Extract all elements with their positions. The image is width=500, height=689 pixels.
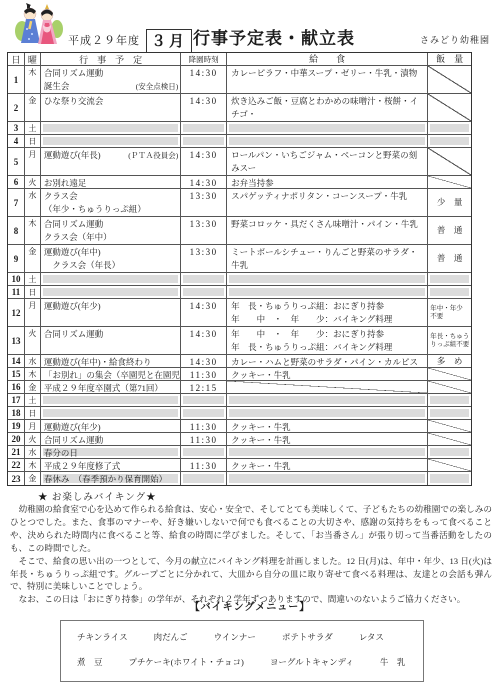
table-row: 3土 bbox=[8, 122, 471, 135]
day-cell: 10 bbox=[8, 273, 25, 285]
event-cell bbox=[41, 407, 181, 419]
day-cell: 17 bbox=[8, 394, 25, 406]
weekday-cell: 木 bbox=[25, 368, 41, 380]
table-row: 18日 bbox=[8, 407, 471, 420]
day-cell: 13 bbox=[8, 327, 25, 354]
meal-line: ロールパン・いちごジャム・ベーコンと野菜の刻みスー bbox=[231, 149, 425, 175]
closed-day-shading bbox=[229, 275, 425, 283]
day-cell: 23 bbox=[8, 472, 25, 485]
event-line: お別れ遠足 bbox=[44, 177, 178, 188]
closed-day-shading bbox=[183, 137, 224, 145]
table-row: 14水運動遊び(年中)・給食終わり14:30カレー・ハムと野菜のサラダ・パイン・… bbox=[8, 355, 471, 368]
event-text: クラス会 bbox=[44, 190, 78, 203]
rice-amount-text: 少 量 bbox=[437, 198, 463, 207]
table-row: 9金運動遊び(年中) クラス会（年長）13:30ミートボールシチュー・りんごと野… bbox=[8, 245, 471, 273]
closed-day-shading bbox=[43, 288, 178, 296]
meal-cell bbox=[227, 122, 428, 134]
closed-day-shading bbox=[430, 124, 469, 132]
closed-day-shading bbox=[43, 396, 178, 404]
day-cell: 4 bbox=[8, 135, 25, 147]
closed-day-shading bbox=[229, 474, 425, 483]
weekday-cell: 土 bbox=[25, 394, 41, 406]
meal-cell: スパゲッティナポリタン・コーンスープ・牛乳 bbox=[227, 189, 428, 216]
closed-day-shading bbox=[43, 124, 178, 132]
event-cell bbox=[41, 394, 181, 406]
closed-day-shading bbox=[183, 448, 224, 456]
event-text: 平成２９年度卒園式（第71回） bbox=[44, 382, 163, 393]
meal-line: スパゲッティナポリタン・コーンスープ・牛乳 bbox=[231, 190, 425, 203]
event-text: 春休み （春季預かり保育開始） bbox=[44, 473, 167, 485]
dismissal-time-cell: 14:30 bbox=[181, 355, 227, 367]
event-text: クラス会（年中） bbox=[44, 231, 112, 244]
event-text: 平成２９年度修了式 bbox=[44, 460, 121, 471]
rice-amount-cell: 多 め bbox=[428, 355, 471, 367]
table-row: 2金ひな祭り交流会14:30炊き込みご飯・豆腐とわかめの味噌汁・桜餅・イチゴ・麦… bbox=[8, 94, 471, 122]
day-cell: 19 bbox=[8, 420, 25, 432]
event-text: クラス会（年長） bbox=[44, 259, 120, 272]
rice-amount-cell bbox=[428, 381, 471, 393]
closed-day-shading bbox=[183, 275, 224, 283]
weekday-cell: 土 bbox=[25, 273, 41, 285]
meal-line: クッキー・牛乳 bbox=[231, 369, 425, 380]
event-cell: 運動遊び(年少) bbox=[41, 420, 181, 432]
meal-line: お弁当持参 bbox=[231, 177, 425, 188]
weekday-cell: 月 bbox=[25, 299, 41, 326]
event-text: 合同リズム運動 bbox=[44, 218, 103, 231]
event-line: 合同リズム運動 bbox=[44, 67, 178, 80]
meal-line: 年 中 ・ 年 少：バイキング料理 bbox=[231, 313, 425, 326]
rice-amount-cell: 普 通 bbox=[428, 245, 471, 272]
dismissal-time-cell bbox=[181, 135, 227, 147]
notes-paragraphs: 幼稚園の給食室で心を込めて作られる給食は、安心・安全で、そしてとても美味しくて、… bbox=[10, 503, 492, 606]
rice-amount-text: 普 通 bbox=[437, 254, 463, 263]
closed-day-shading bbox=[229, 288, 425, 296]
rice-amount-cell bbox=[428, 148, 471, 175]
table-row: 21水春分の日 bbox=[8, 446, 471, 459]
dismissal-time-cell bbox=[181, 472, 227, 485]
event-text: ひな祭り交流会 bbox=[44, 95, 104, 108]
event-line: クラス会（年長） bbox=[44, 259, 178, 272]
event-cell: 合同リズム運動 bbox=[41, 327, 181, 354]
rice-amount-cell bbox=[428, 394, 471, 406]
table-row: 13火合同リズム運動14:30年 中 ・ 年 少：おにぎり持参年 長・ちゅうりっ… bbox=[8, 327, 471, 355]
day-cell: 18 bbox=[8, 407, 25, 419]
header-weekday: 曜 bbox=[25, 53, 41, 65]
closed-day-shading bbox=[229, 396, 425, 404]
event-cell: クラス会（年少・ちゅうりっぷ組） bbox=[41, 189, 181, 216]
rice-amount-text: 普 通 bbox=[437, 226, 463, 235]
day-cell: 14 bbox=[8, 355, 25, 367]
buffet-menu-row-2: 煮 豆プチケーキ(ホワイト・チョコ)ヨーグルトキャンディ牛 乳 bbox=[77, 656, 423, 668]
closed-day-shading bbox=[430, 409, 469, 417]
event-cell bbox=[41, 273, 181, 285]
dismissal-time-cell: 11:30 bbox=[181, 459, 227, 471]
closed-day-shading bbox=[183, 124, 224, 132]
dismissal-time-cell: 14:30 bbox=[181, 299, 227, 326]
table-row: 17土 bbox=[8, 394, 471, 407]
weekday-cell: 日 bbox=[25, 286, 41, 298]
event-note: (安全点検日) bbox=[136, 80, 179, 93]
table-row: 10土 bbox=[8, 273, 471, 286]
meal-cell: ロールパン・いちごジャム・ベーコンと野菜の刻みスープ・バナナ・牛乳 bbox=[227, 148, 428, 175]
rice-amount-note: 不要 bbox=[428, 313, 471, 321]
dismissal-time-cell: 13:30 bbox=[181, 189, 227, 216]
day-cell: 2 bbox=[8, 94, 25, 121]
table-row: 23金春休み （春季預かり保育開始） bbox=[8, 472, 471, 485]
event-text: 誕生会 bbox=[44, 80, 70, 93]
buffet-menu-heading: 【バイキングメニュー】 bbox=[0, 598, 500, 613]
buffet-menu-item: プチケーキ(ホワイト・チョコ) bbox=[129, 656, 244, 668]
buffet-menu-item: チキンライス bbox=[77, 631, 128, 643]
rice-amount-cell bbox=[428, 472, 471, 485]
note-paragraph-1: 幼稚園の給食室で心を込めて作られる給食は、安心・安全で、そしてとても美味しくて、… bbox=[10, 503, 492, 555]
closed-day-shading bbox=[229, 137, 425, 145]
table-row: 12月運動遊び(年少)14:30年 長・ちゅうりっぷ組：おにぎり持参年 中 ・ … bbox=[8, 299, 471, 327]
table-row: 8木合同リズム運動クラス会（年中）13:30野菜コロッケ・具だくさん味噌汁・パイ… bbox=[8, 217, 471, 245]
day-cell: 8 bbox=[8, 217, 25, 244]
event-cell bbox=[41, 286, 181, 298]
header-meal: 給 食 bbox=[227, 53, 428, 65]
note-paragraph-2: そこで、給食の思い出の一つとして、今月の献立にバイキング料理を計画しました。12… bbox=[10, 555, 492, 594]
event-line: 春休み （春季預かり保育開始） bbox=[44, 473, 178, 485]
meal-cell bbox=[227, 381, 428, 393]
day-cell: 20 bbox=[8, 433, 25, 445]
rice-amount-note: りっぷ組不要 bbox=[428, 341, 471, 349]
header-day: 日 bbox=[8, 53, 25, 65]
table-row: 22木平成２９年度修了式11:30クッキー・牛乳 bbox=[8, 459, 471, 472]
day-cell: 7 bbox=[8, 189, 25, 216]
event-text: 合同リズム運動 bbox=[44, 67, 103, 80]
event-text: 運動遊び(年中)・給食終わり bbox=[44, 356, 152, 367]
event-line: 運動遊び(年中)・給食終わり bbox=[44, 356, 178, 367]
dismissal-time-cell bbox=[181, 286, 227, 298]
meal-line: クッキー・牛乳 bbox=[231, 434, 425, 445]
buffet-menu-item: 煮 豆 bbox=[77, 656, 103, 668]
header-event: 行 事 予 定 bbox=[41, 53, 181, 65]
table-row: 5月運動遊び(年長)(ＰＴＡ役員会)14:30ロールパン・いちごジャム・ベーコン… bbox=[8, 148, 471, 176]
event-cell: 運動遊び(年長)(ＰＴＡ役員会) bbox=[41, 148, 181, 175]
dismissal-time-cell: 14:30 bbox=[181, 176, 227, 188]
dismissal-time-cell: 11:30 bbox=[181, 368, 227, 380]
event-cell bbox=[41, 122, 181, 134]
weekday-cell: 金 bbox=[25, 472, 41, 485]
rice-amount-cell bbox=[428, 135, 471, 147]
meal-line: 年 中 ・ 年 少：おにぎり持参 bbox=[231, 328, 425, 341]
meal-cell: クッキー・牛乳 bbox=[227, 420, 428, 432]
table-body: 1木合同リズム運動誕生会(安全点検日)14:30カレーピラフ・中華スープ・ゼリー… bbox=[8, 66, 471, 485]
event-line: 合同リズム運動 bbox=[44, 218, 178, 231]
meal-cell bbox=[227, 407, 428, 419]
buffet-menu-item: 肉だんご bbox=[154, 631, 188, 643]
weekday-cell: 金 bbox=[25, 381, 41, 393]
schedule-table: 日 曜 行 事 予 定 降園時刻 給 食 飯 量 1木合同リズム運動誕生会(安全… bbox=[7, 52, 472, 486]
closed-day-shading bbox=[43, 137, 178, 145]
dismissal-time-cell bbox=[181, 407, 227, 419]
weekday-cell: 水 bbox=[25, 189, 41, 216]
table-row: 7水クラス会（年少・ちゅうりっぷ組）13:30スパゲッティナポリタン・コーンスー… bbox=[8, 189, 471, 217]
closed-day-shading bbox=[229, 124, 425, 132]
event-cell: 運動遊び(年中)・給食終わり bbox=[41, 355, 181, 367]
meal-line: クッキー・牛乳 bbox=[231, 421, 425, 432]
dismissal-time-cell: 14:30 bbox=[181, 327, 227, 354]
meal-cell: 炊き込みご飯・豆腐とわかめの味噌汁・桜餅・イチゴ・麦茶 bbox=[227, 94, 428, 121]
day-cell: 22 bbox=[8, 459, 25, 471]
closed-day-shading bbox=[430, 288, 469, 296]
event-text: 運動遊び(年少) bbox=[44, 421, 101, 432]
day-cell: 16 bbox=[8, 381, 25, 393]
event-line: 運動遊び(年中) bbox=[44, 246, 178, 259]
weekday-cell: 土 bbox=[25, 122, 41, 134]
meal-line: カレー・ハムと野菜のサラダ・パイン・カルピス bbox=[231, 356, 425, 367]
rice-amount-cell bbox=[428, 433, 471, 445]
meal-line: 野菜コロッケ・具だくさん味噌汁・パイン・牛乳 bbox=[231, 218, 425, 231]
event-cell: ひな祭り交流会 bbox=[41, 94, 181, 121]
event-line: クラス会 bbox=[44, 190, 178, 203]
dismissal-time-cell bbox=[181, 122, 227, 134]
table-row: 15木「お別れ」の集会（卒園児と在園児）11:30クッキー・牛乳 bbox=[8, 368, 471, 381]
weekday-cell: 金 bbox=[25, 245, 41, 272]
weekday-cell: 日 bbox=[25, 407, 41, 419]
page-title: 行事予定表・献立表 bbox=[193, 29, 355, 48]
day-cell: 3 bbox=[8, 122, 25, 134]
event-cell: 運動遊び(年少) bbox=[41, 299, 181, 326]
buffet-note-heading: ★ お楽しみバイキング★ bbox=[38, 489, 157, 503]
meal-cell: ミートボールシチュー・りんごと野菜のサラダ・牛乳 bbox=[227, 245, 428, 272]
table-row: 16金平成２９年度卒園式（第71回）12:15 bbox=[8, 381, 471, 394]
table-row: 1木合同リズム運動誕生会(安全点検日)14:30カレーピラフ・中華スープ・ゼリー… bbox=[8, 66, 471, 94]
closed-day-shading bbox=[430, 275, 469, 283]
table-row: 6火お別れ遠足14:30お弁当持参 bbox=[8, 176, 471, 189]
closed-day-shading bbox=[183, 409, 224, 417]
closed-day-shading bbox=[183, 474, 224, 483]
rice-amount-text: 多 め bbox=[437, 357, 463, 366]
day-cell: 11 bbox=[8, 286, 25, 298]
event-line: （年少・ちゅうりっぷ組） bbox=[44, 203, 178, 216]
rice-amount-cell bbox=[428, 407, 471, 419]
meal-cell: カレーピラフ・中華スープ・ゼリー・牛乳・漬物 bbox=[227, 66, 428, 93]
rice-amount-cell: 普 通 bbox=[428, 217, 471, 244]
buffet-menu-item: ウインナー bbox=[214, 631, 256, 643]
weekday-cell: 火 bbox=[25, 176, 41, 188]
weekday-cell: 水 bbox=[25, 355, 41, 367]
event-line: 合同リズム運動 bbox=[44, 328, 178, 341]
meal-line: 炊き込みご飯・豆腐とわかめの味噌汁・桜餅・イチゴ・ bbox=[231, 95, 425, 121]
day-cell: 12 bbox=[8, 299, 25, 326]
buffet-menu-item: ポテトサラダ bbox=[282, 631, 333, 643]
event-cell: 春分の日 bbox=[41, 446, 181, 458]
buffet-menu-item: ヨーグルトキャンディ bbox=[270, 656, 354, 668]
buffet-menu-row-1: チキンライス肉だんごウインナーポテトサラダレタス bbox=[77, 631, 423, 643]
event-cell: 平成２９年度卒園式（第71回） bbox=[41, 381, 181, 393]
meal-cell bbox=[227, 286, 428, 298]
meal-cell: 野菜コロッケ・具だくさん味噌汁・パイン・牛乳 bbox=[227, 217, 428, 244]
month-box: ３月 bbox=[146, 29, 192, 53]
hina-dolls-icon bbox=[14, 1, 64, 47]
event-line: ひな祭り交流会 bbox=[44, 95, 178, 108]
header-rice: 飯 量 bbox=[428, 53, 471, 65]
dismissal-time-cell: 14:30 bbox=[181, 94, 227, 121]
dismissal-time-cell bbox=[181, 394, 227, 406]
meal-cell: お弁当持参 bbox=[227, 176, 428, 188]
rice-amount-cell bbox=[428, 459, 471, 471]
rice-amount-cell bbox=[428, 66, 471, 93]
weekday-cell: 日 bbox=[25, 135, 41, 147]
meal-line: 年 長・ちゅうりっぷ組：バイキング料理 bbox=[231, 341, 425, 354]
day-cell: 9 bbox=[8, 245, 25, 272]
meal-cell bbox=[227, 472, 428, 485]
event-line: 誕生会(安全点検日) bbox=[44, 80, 178, 93]
day-cell: 15 bbox=[8, 368, 25, 380]
meal-cell: 年 中 ・ 年 少：おにぎり持参年 長・ちゅうりっぷ組：バイキング料理 bbox=[227, 327, 428, 354]
meal-line: ミートボールシチュー・りんごと野菜のサラダ・牛乳 bbox=[231, 246, 425, 272]
event-cell: 「お別れ」の集会（卒園児と在園児） bbox=[41, 368, 181, 380]
dismissal-time-cell bbox=[181, 446, 227, 458]
header-time: 降園時刻 bbox=[181, 53, 227, 65]
weekday-cell: 木 bbox=[25, 66, 41, 93]
event-line: 運動遊び(年少) bbox=[44, 300, 178, 313]
buffet-menu-item: 牛 乳 bbox=[380, 656, 406, 668]
event-text: 運動遊び(年長) bbox=[44, 149, 101, 162]
event-text: 合同リズム運動 bbox=[44, 434, 103, 445]
rice-amount-note: 年中・年少 bbox=[428, 305, 471, 313]
rice-amount-cell: 少 量 bbox=[428, 189, 471, 216]
rice-amount-cell bbox=[428, 122, 471, 134]
event-cell: 春休み （春季預かり保育開始） bbox=[41, 472, 181, 485]
event-cell: 平成２９年度修了式 bbox=[41, 459, 181, 471]
dismissal-time-cell: 13:30 bbox=[181, 245, 227, 272]
event-cell: お別れ遠足 bbox=[41, 176, 181, 188]
closed-day-shading bbox=[43, 275, 178, 283]
meal-cell bbox=[227, 135, 428, 147]
weekday-cell: 木 bbox=[25, 217, 41, 244]
weekday-cell: 月 bbox=[25, 420, 41, 432]
buffet-menu-box: チキンライス肉だんごウインナーポテトサラダレタス 煮 豆プチケーキ(ホワイト・チ… bbox=[60, 620, 424, 682]
meal-line: カレーピラフ・中華スープ・ゼリー・牛乳・漬物 bbox=[231, 67, 425, 80]
meal-cell: クッキー・牛乳 bbox=[227, 459, 428, 471]
meal-cell: カレー・ハムと野菜のサラダ・パイン・カルピス bbox=[227, 355, 428, 367]
day-cell: 6 bbox=[8, 176, 25, 188]
event-text: 「お別れ」の集会（卒園児と在園児） bbox=[44, 369, 181, 380]
school-name: さみどり幼稚園 bbox=[420, 33, 490, 46]
rice-amount-cell bbox=[428, 176, 471, 188]
dismissal-time-cell: 12:15 bbox=[181, 381, 227, 393]
event-cell: 合同リズム運動クラス会（年中） bbox=[41, 217, 181, 244]
closed-day-shading bbox=[229, 409, 425, 417]
closed-day-shading bbox=[430, 448, 469, 456]
rice-amount-cell bbox=[428, 286, 471, 298]
event-text: お別れ遠足 bbox=[44, 177, 87, 188]
day-cell: 5 bbox=[8, 148, 25, 175]
event-cell bbox=[41, 135, 181, 147]
table-header-row: 日 曜 行 事 予 定 降園時刻 給 食 飯 量 bbox=[8, 53, 471, 66]
event-line: 運動遊び(年長)(ＰＴＡ役員会) bbox=[44, 149, 178, 162]
event-line: 春分の日 bbox=[44, 447, 178, 458]
table-row: 19月運動遊び(年少)11:30クッキー・牛乳 bbox=[8, 420, 471, 433]
closed-day-shading bbox=[183, 396, 224, 404]
table-row: 11日 bbox=[8, 286, 471, 299]
event-cell: 合同リズム運動誕生会(安全点検日) bbox=[41, 66, 181, 93]
day-cell: 1 bbox=[8, 66, 25, 93]
table-row: 20火合同リズム運動11:30クッキー・牛乳 bbox=[8, 433, 471, 446]
event-line: 平成２９年度卒園式（第71回） bbox=[44, 382, 178, 393]
closed-day-shading bbox=[430, 137, 469, 145]
event-text: 運動遊び(年中) bbox=[44, 246, 101, 259]
rice-amount-cell bbox=[428, 446, 471, 458]
weekday-cell: 月 bbox=[25, 148, 41, 175]
weekday-cell: 金 bbox=[25, 94, 41, 121]
rice-amount-cell: 年長・ちゅうりっぷ組不要 bbox=[428, 327, 471, 354]
buffet-menu-item: レタス bbox=[359, 631, 384, 643]
event-line: 「お別れ」の集会（卒園児と在園児） bbox=[44, 369, 178, 380]
meal-cell bbox=[227, 394, 428, 406]
weekday-cell: 火 bbox=[25, 327, 41, 354]
rice-amount-note: 年長・ちゅう bbox=[428, 333, 471, 341]
meal-cell: 年 長・ちゅうりっぷ組：おにぎり持参年 中 ・ 年 少：バイキング料理 bbox=[227, 299, 428, 326]
rice-amount-cell bbox=[428, 94, 471, 121]
event-line: 合同リズム運動 bbox=[44, 434, 178, 445]
event-text: （年少・ちゅうりっぷ組） bbox=[44, 203, 146, 216]
meal-cell bbox=[227, 273, 428, 285]
event-text: 合同リズム運動 bbox=[44, 328, 103, 341]
dismissal-time-cell bbox=[181, 273, 227, 285]
meal-line: 年 長・ちゅうりっぷ組：おにぎり持参 bbox=[231, 300, 425, 313]
dismissal-time-cell: 14:30 bbox=[181, 66, 227, 93]
table-row: 4日 bbox=[8, 135, 471, 148]
meal-line: クッキー・牛乳 bbox=[231, 460, 425, 471]
page-header: 平成２９年度３月行事予定表・献立表 さみどり幼稚園 bbox=[0, 0, 500, 52]
meal-cell: クッキー・牛乳 bbox=[227, 368, 428, 380]
event-text: 運動遊び(年少) bbox=[44, 300, 101, 313]
dismissal-time-cell: 11:30 bbox=[181, 433, 227, 445]
weekday-cell: 水 bbox=[25, 446, 41, 458]
closed-day-shading bbox=[43, 409, 178, 417]
event-note: (ＰＴＡ役員会) bbox=[128, 149, 178, 162]
school-year: 平成２９年度 bbox=[68, 35, 140, 47]
event-cell: 合同リズム運動 bbox=[41, 433, 181, 445]
dismissal-time-cell: 13:30 bbox=[181, 217, 227, 244]
dismissal-time-cell: 11:30 bbox=[181, 420, 227, 432]
event-line: クラス会（年中） bbox=[44, 231, 178, 244]
closed-day-shading bbox=[430, 396, 469, 404]
rice-amount-cell: 年中・年少不要 bbox=[428, 299, 471, 326]
meal-cell bbox=[227, 446, 428, 458]
rice-amount-cell bbox=[428, 368, 471, 380]
event-cell: 運動遊び(年中) クラス会（年長） bbox=[41, 245, 181, 272]
closed-day-shading bbox=[183, 288, 224, 296]
rice-amount-cell bbox=[428, 420, 471, 432]
rice-amount-cell bbox=[428, 273, 471, 285]
dismissal-time-cell: 14:30 bbox=[181, 148, 227, 175]
event-line: 平成２９年度修了式 bbox=[44, 460, 178, 471]
closed-day-shading bbox=[430, 474, 469, 483]
meal-cell: クッキー・牛乳 bbox=[227, 433, 428, 445]
weekday-cell: 火 bbox=[25, 433, 41, 445]
closed-day-shading bbox=[229, 448, 425, 456]
weekday-cell: 木 bbox=[25, 459, 41, 471]
event-text: 春分の日 bbox=[44, 447, 78, 458]
event-line: 運動遊び(年少) bbox=[44, 421, 178, 432]
day-cell: 21 bbox=[8, 446, 25, 458]
